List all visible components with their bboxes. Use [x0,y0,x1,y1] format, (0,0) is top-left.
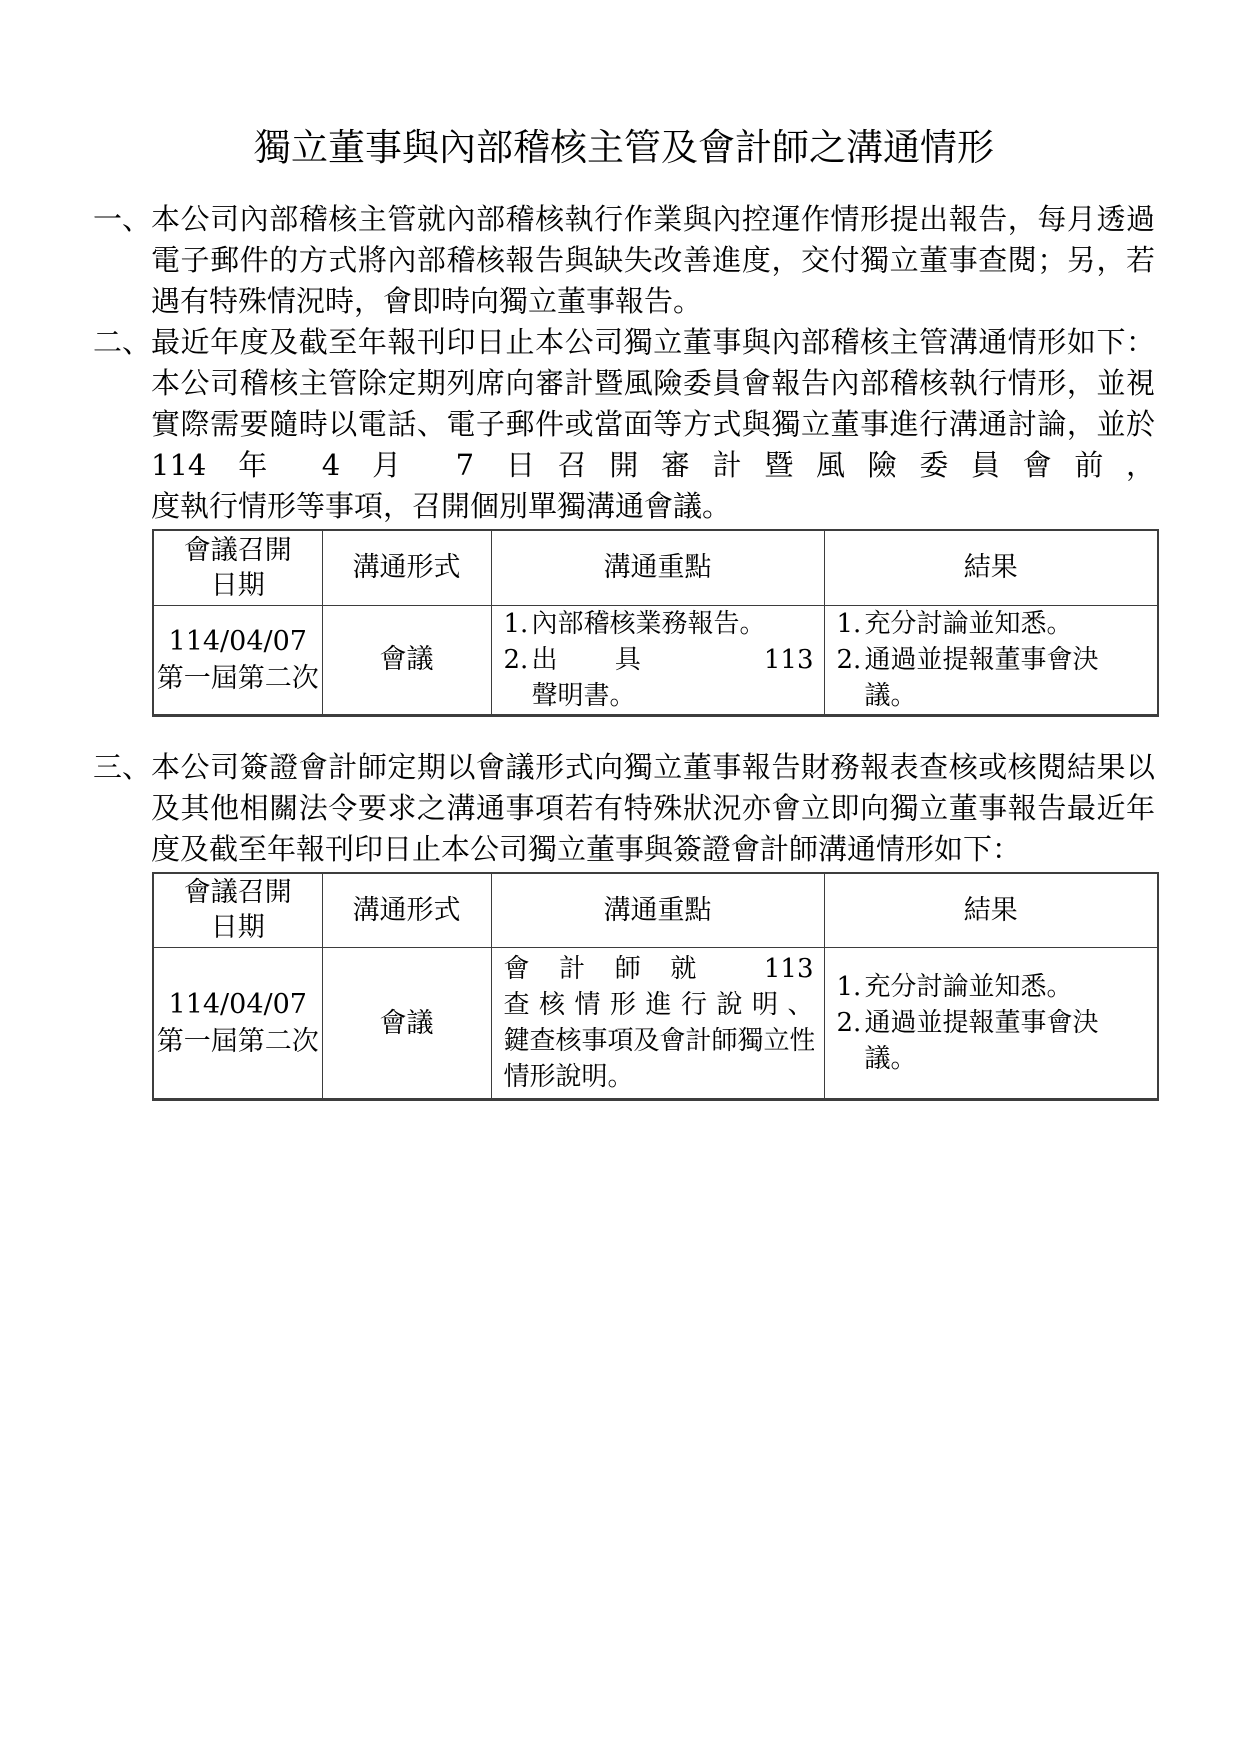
table-body-row: 114/04/07 第一屆第二次 會議 1. 內部稽核業務報告。 2. [153,605,1158,715]
paragraph-line: 本公司簽證會計師定期以會議形式向獨立董事報告財務報表查核或核閱結果以 [151,747,1155,788]
meeting-session: 第一屆第二次 [154,660,322,697]
list-marker-3: 三、 [93,747,151,870]
document-content: 獨立董事與內部稽核主管及會計師之溝通情形 一、 本公司內部稽核主管就內部稽核執行… [93,124,1155,1101]
col-header-communication-focus: 溝通重點 [491,530,824,605]
paragraph-3-lines: 本公司簽證會計師定期以會議形式向獨立董事報告財務報表查核或核閱結果以 及其他相關… [151,747,1155,870]
communication-table-internal-audit: 會議召開 日期 溝通形式 溝通重點 結果 114/04/07 第一屆第二次 會議 [152,529,1159,717]
col-header-communication-form: 溝通形式 [322,530,491,605]
cell-communication-focus: 會計師就 113 年財務報告之 查核情形進行說明、溝通關 鍵查核事項及會計師獨立… [491,948,824,1100]
col-header-communication-form: 溝通形式 [322,873,491,948]
col-header-communication-focus: 溝通重點 [491,873,824,948]
item-number: 2. [837,1005,865,1077]
header-line: 日期 [154,568,322,603]
paragraph-2-lines: 最近年度及截至年報刊印日止本公司獨立董事與內部稽核主管溝通情形如下： 本公司稽核… [151,322,1155,527]
table-header-row: 會議召開 日期 溝通形式 溝通重點 結果 [153,873,1158,948]
numbered-item: 2. 通過並提報董事會決議。 [837,1005,1150,1077]
paragraph-1: 一、 本公司內部稽核主管就內部稽核執行作業與內控運作情形提出報告，每月透過 電子… [93,199,1155,322]
col-header-result: 結果 [824,873,1158,948]
paragraph-line: 本公司稽核主管除定期列席向審計暨風險委員會報告內部稽核執行情形，並視 [151,363,1155,404]
col-header-meeting-date: 會議召開 日期 [153,873,322,948]
numbered-item: 1. 充分討論並知悉。 [837,606,1150,642]
cell-communication-focus: 1. 內部稽核業務報告。 2. 出具 113 年內部控制制度 聲明書。 [491,605,824,715]
table-body-row: 114/04/07 第一屆第二次 會議 會計師就 113 年財務報告之 查核情形… [153,948,1158,1100]
item-text: 內部稽核業務報告。 [532,606,814,642]
numbered-item: 1. 內部稽核業務報告。 [504,606,814,642]
numbered-item: 2. 通過並提報董事會決議。 [837,642,1150,714]
header-line: 會議召開 [154,533,322,568]
table-header-row: 會議召開 日期 溝通形式 溝通重點 結果 [153,530,1158,605]
meeting-date: 114/04/07 [154,623,322,660]
item-number: 1. [837,606,865,642]
paragraph-line: 電子郵件的方式將內部稽核報告與缺失改善進度，交付獨立董事查閱；另，若 [151,240,1155,281]
communication-table-accountant: 會議召開 日期 溝通形式 溝通重點 結果 114/04/07 第一屆第二次 會議… [152,872,1159,1102]
list-marker-1: 一、 [93,199,151,322]
paragraph-line: 度及截至年報刊印日止本公司獨立董事與簽證會計師溝通情形如下： [151,829,1155,870]
meeting-date: 114/04/07 [154,986,322,1023]
cell-meeting-date: 114/04/07 第一屆第二次 [153,605,322,715]
item-text: 充分討論並知悉。 [865,969,1150,1005]
document-title: 獨立董事與內部稽核主管及會計師之溝通情形 [93,124,1155,172]
paragraph-line: 實際需要隨時以電話、電子郵件或當面等方式與獨立董事進行溝通討論，並於 [151,404,1155,445]
col-header-meeting-date: 會議召開 日期 [153,530,322,605]
cell-result: 1. 充分討論並知悉。 2. 通過並提報董事會決議。 [824,948,1158,1100]
cell-communication-form: 會議 [322,605,491,715]
item-number: 1. [504,606,532,642]
item-text: 出具 113 年內部控制制度 聲明書。 [532,642,814,714]
paragraph-line: 最近年度及截至年報刊印日止本公司獨立董事與內部稽核主管溝通情形如下： [151,322,1155,363]
paragraph-line: 度執行情形等事項，召開個別單獨溝通會議。 [151,486,1155,527]
item-number: 2. [837,642,865,714]
col-header-result: 結果 [824,530,1158,605]
paragraph-line: 本公司內部稽核主管就內部稽核執行作業與內控運作情形提出報告，每月透過 [151,199,1155,240]
header-line: 會議召開 [154,875,322,910]
header-line: 日期 [154,910,322,945]
item-text: 充分討論並知悉。 [865,606,1150,642]
paragraph-2: 二、 最近年度及截至年報刊印日止本公司獨立董事與內部稽核主管溝通情形如下： 本公… [93,322,1155,527]
cell-communication-form: 會議 [322,948,491,1100]
item-text: 通過並提報董事會決議。 [865,1005,1150,1077]
paragraph-line: 及其他相關法令要求之溝通事項若有特殊狀況亦會立即向獨立董事報告最近年 [151,788,1155,829]
document-page: 獨立董事與內部稽核主管及會計師之溝通情形 一、 本公司內部稽核主管就內部稽核執行… [0,0,1241,1755]
meeting-session: 第一屆第二次 [154,1023,322,1060]
numbered-item: 2. 出具 113 年內部控制制度 聲明書。 [504,642,814,714]
numbered-item: 1. 充分討論並知悉。 [837,969,1150,1005]
item-number: 2. [504,642,532,714]
paragraph-line: 遇有特殊情況時，會即時向獨立董事報告。 [151,281,1155,322]
item-text: 通過並提報董事會決議。 [865,642,1150,714]
paragraph-3: 三、 本公司簽證會計師定期以會議形式向獨立董事報告財務報表查核或核閱結果以 及其… [93,747,1155,870]
paragraph-1-lines: 本公司內部稽核主管就內部稽核執行作業與內控運作情形提出報告，每月透過 電子郵件的… [151,199,1155,322]
list-marker-2: 二、 [93,322,151,527]
cell-meeting-date: 114/04/07 第一屆第二次 [153,948,322,1100]
paragraph-line: 114 年 4 月 7 日召開審計暨風險委員會前，與獨立董事就內部稽核暨內部控制… [151,445,1155,486]
cell-result: 1. 充分討論並知悉。 2. 通過並提報董事會決議。 [824,605,1158,715]
item-number: 1. [837,969,865,1005]
